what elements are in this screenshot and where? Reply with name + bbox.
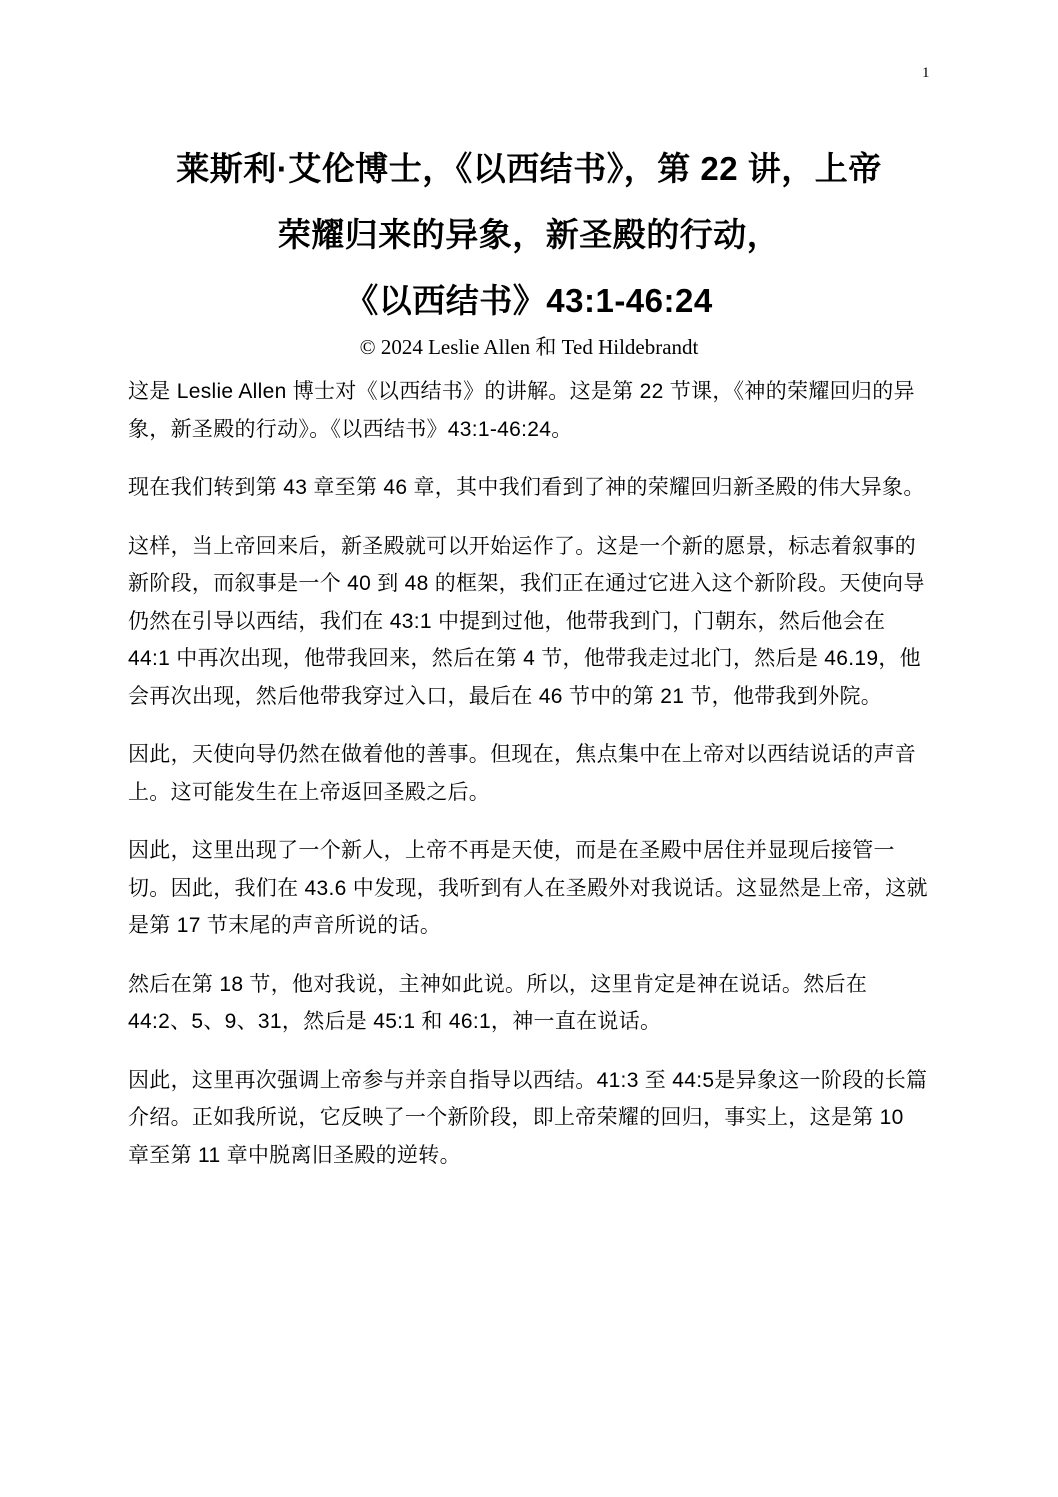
title-block: 莱斯利·艾伦博士，《以西结书》，第 22 讲，上帝 荣耀归来的异象，新圣殿的行动… xyxy=(120,136,938,360)
body-text: 这是 Leslie Allen 博士对《以西结书》的讲解。这是第 22 节课，《… xyxy=(128,373,928,1195)
paragraph: 因此，天使向导仍然在做着他的善事。但现在，焦点集中在上帝对以西结说话的声音上。这… xyxy=(128,736,928,811)
title-line-3: 《以西结书》43:1-46:24 xyxy=(120,268,938,334)
title-line-1: 莱斯利·艾伦博士，《以西结书》，第 22 讲，上帝 xyxy=(120,136,938,202)
paragraph: 现在我们转到第 43 章至第 46 章，其中我们看到了神的荣耀回归新圣殿的伟大异… xyxy=(128,469,928,507)
paragraph: 因此，这里再次强调上帝参与并亲自指导以西结。41:3 至 44:5是异象这一阶段… xyxy=(128,1062,928,1175)
document-page: 1 莱斯利·艾伦博士，《以西结书》，第 22 讲，上帝 荣耀归来的异象，新圣殿的… xyxy=(0,0,1058,1497)
page-number: 1 xyxy=(922,64,930,82)
copyright-line: © 2024 Leslie Allen 和 Ted Hildebrandt xyxy=(120,334,938,360)
paragraph: 因此，这里出现了一个新人，上帝不再是天使，而是在圣殿中居住并显现后接管一切。因此… xyxy=(128,832,928,945)
paragraph: 这是 Leslie Allen 博士对《以西结书》的讲解。这是第 22 节课，《… xyxy=(128,373,928,448)
title-line-2: 荣耀归来的异象，新圣殿的行动， xyxy=(120,202,938,268)
paragraph: 然后在第 18 节，他对我说，主神如此说。所以，这里肯定是神在说话。然后在 44… xyxy=(128,966,928,1041)
paragraph: 这样，当上帝回来后，新圣殿就可以开始运作了。这是一个新的愿景，标志着叙事的新阶段… xyxy=(128,528,928,716)
